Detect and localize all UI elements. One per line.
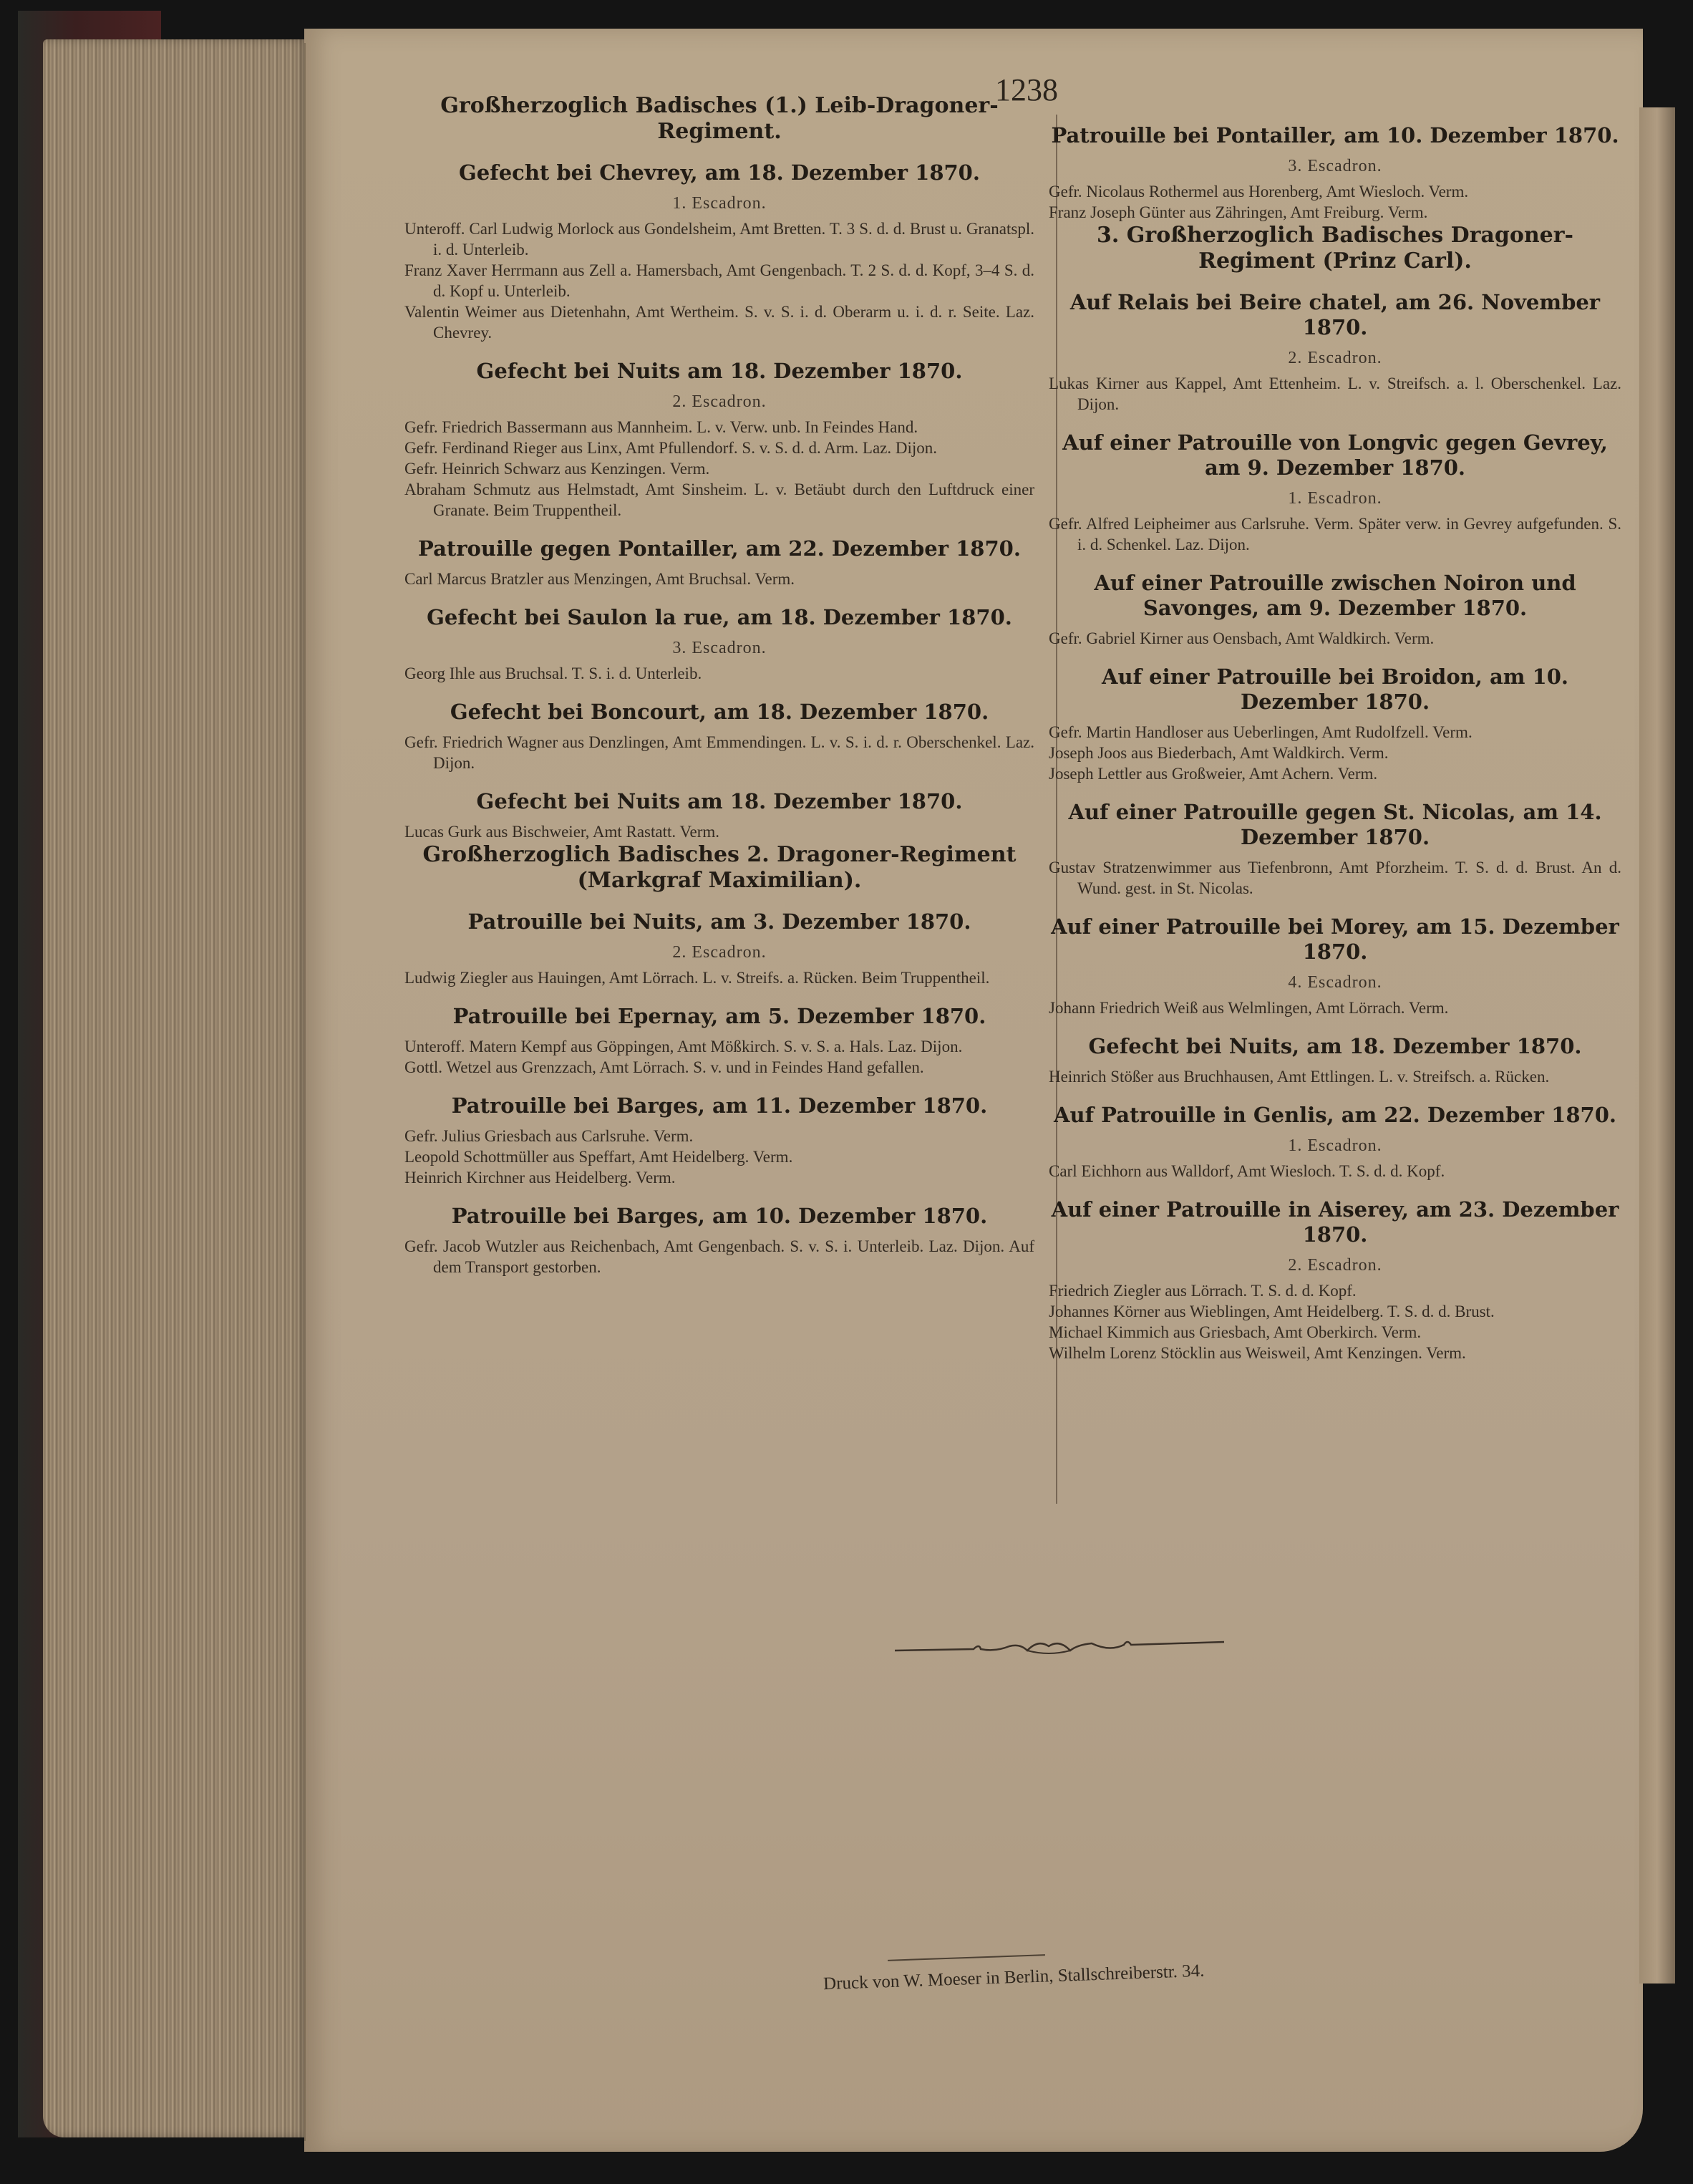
casualty-entry: Gefr. Gabriel Kirner aus Oensbach, Amt W… [1049,628,1621,649]
casualty-entry: Abraham Schmutz aus Helmstadt, Amt Sinsh… [404,479,1034,521]
escadron-label: 1. Escadron. [404,193,1034,214]
event-heading: Patrouille bei Nuits, am 3. Dezember 187… [404,909,1034,934]
event-heading: Patrouille bei Barges, am 11. Dezember 1… [404,1093,1034,1118]
event-heading: Gefecht bei Boncourt, am 18. Dezember 18… [404,700,1034,725]
casualty-entry: Gustav Stratzenwimmer aus Tiefenbronn, A… [1049,857,1621,899]
casualty-entry: Joseph Joos aus Biederbach, Amt Waldkirc… [1049,743,1621,763]
casualty-entry: Johann Friedrich Weiß aus Welmlingen, Am… [1049,997,1621,1018]
event-heading: Auf einer Patrouille bei Broidon, am 10.… [1049,665,1621,715]
casualty-entry: Joseph Lettler aus Großweier, Amt Achern… [1049,763,1621,784]
casualty-entry: Gefr. Jacob Wutzler aus Reichenbach, Amt… [404,1236,1034,1277]
page-gutter [304,43,306,2141]
event-heading: Gefecht bei Nuits, am 18. Dezember 1870. [1049,1034,1621,1059]
scroll-divider-icon [895,1629,1224,1658]
escadron-label: 2. Escadron. [1049,1255,1621,1276]
casualty-entry: Gefr. Friedrich Bassermann aus Mannheim.… [404,417,1034,438]
event-heading: Auf einer Patrouille von Longvic gegen G… [1049,430,1621,480]
casualty-entry: Unteroff. Carl Ludwig Morlock aus Gondel… [404,218,1034,260]
event-heading: Gefecht bei Saulon la rue, am 18. Dezemb… [404,605,1034,630]
casualty-entry: Leopold Schottmüller aus Speffart, Amt H… [404,1146,1034,1167]
event-heading: Gefecht bei Nuits am 18. Dezember 1870. [404,359,1034,384]
casualty-entry: Michael Kimmich aus Griesbach, Amt Oberk… [1049,1322,1621,1343]
casualty-entry: Ludwig Ziegler aus Hauingen, Amt Lörrach… [404,967,1034,988]
page-edges [43,39,308,2137]
escadron-label: 3. Escadron. [1049,155,1621,177]
casualty-entry: Heinrich Kirchner aus Heidelberg. Verm. [404,1167,1034,1188]
regiment-heading: Großherzoglich Badisches (1.) Leib-Drago… [404,93,1034,145]
escadron-label: 3. Escadron. [404,637,1034,659]
event-heading: Auf einer Patrouille gegen St. Nicolas, … [1049,800,1621,850]
casualty-entry: Friedrich Ziegler aus Lörrach. T. S. d. … [1049,1280,1621,1301]
casualty-entry: Johannes Körner aus Wieblingen, Amt Heid… [1049,1301,1621,1322]
event-heading: Patrouille bei Epernay, am 5. Dezember 1… [404,1004,1034,1029]
event-heading: Auf einer Patrouille bei Morey, am 15. D… [1049,914,1621,965]
casualty-entry: Wilhelm Lorenz Stöcklin aus Weisweil, Am… [1049,1343,1621,1363]
casualty-entry: Gefr. Ferdinand Rieger aus Linx, Amt Pfu… [404,438,1034,458]
escadron-label: 1. Escadron. [1049,488,1621,509]
escadron-label: 2. Escadron. [1049,347,1621,369]
casualty-entry: Heinrich Stößer aus Bruchhausen, Amt Ett… [1049,1066,1621,1087]
escadron-label: 2. Escadron. [404,391,1034,412]
escadron-label: 1. Escadron. [1049,1135,1621,1156]
event-heading: Auf Relais bei Beire chatel, am 26. Nove… [1049,290,1621,340]
facing-page-edge [1639,107,1675,1984]
casualty-entry: Valentin Weimer aus Dietenhahn, Amt Wert… [404,301,1034,343]
event-heading: Patrouille bei Pontailler, am 10. Dezemb… [1049,123,1621,148]
escadron-label: 4. Escadron. [1049,972,1621,993]
left-column: Großherzoglich Badisches (1.) Leib-Drago… [404,93,1034,1277]
casualty-entry: Unteroff. Matern Kempf aus Göppingen, Am… [404,1036,1034,1057]
casualty-entry: Franz Joseph Günter aus Zähringen, Amt F… [1049,202,1621,223]
regiment-heading: Großherzoglich Badisches 2. Dragoner-Reg… [404,842,1034,894]
event-heading: Gefecht bei Nuits am 18. Dezember 1870. [404,789,1034,814]
casualty-entry: Lukas Kirner aus Kappel, Amt Ettenheim. … [1049,373,1621,415]
casualty-entry: Gefr. Heinrich Schwarz aus Kenzingen. Ve… [404,458,1034,479]
right-column: Patrouille bei Pontailler, am 10. Dezemb… [1049,107,1621,1363]
casualty-entry: Carl Marcus Bratzler aus Menzingen, Amt … [404,569,1034,589]
casualty-entry: Gefr. Martin Handloser aus Ueberlingen, … [1049,722,1621,743]
regiment-heading: 3. Großherzoglich Badisches Dragoner-Reg… [1049,223,1621,274]
casualty-entry: Gottl. Wetzel aus Grenzzach, Amt Lörrach… [404,1057,1034,1078]
event-heading: Gefecht bei Chevrey, am 18. Dezember 187… [404,160,1034,185]
casualty-entry: Gefr. Nicolaus Rothermel aus Horenberg, … [1049,181,1621,202]
casualty-entry: Carl Eichhorn aus Walldorf, Amt Wiesloch… [1049,1161,1621,1182]
escadron-label: 2. Escadron. [404,942,1034,963]
casualty-entry: Gefr. Alfred Leipheimer aus Carlsruhe. V… [1049,513,1621,555]
casualty-entry: Gefr. Julius Griesbach aus Carlsruhe. Ve… [404,1126,1034,1146]
event-heading: Auf einer Patrouille in Aiserey, am 23. … [1049,1197,1621,1247]
casualty-entry: Gefr. Friedrich Wagner aus Denzlingen, A… [404,732,1034,773]
event-heading: Auf einer Patrouille zwischen Noiron und… [1049,571,1621,621]
casualty-entry: Franz Xaver Herrmann aus Zell a. Hamersb… [404,260,1034,301]
casualty-entry: Lucas Gurk aus Bischweier, Amt Rastatt. … [404,821,1034,842]
event-heading: Patrouille bei Barges, am 10. Dezember 1… [404,1204,1034,1229]
casualty-entry: Georg Ihle aus Bruchsal. T. S. i. d. Unt… [404,663,1034,684]
event-heading: Patrouille gegen Pontailler, am 22. Deze… [404,536,1034,561]
event-heading: Auf Patrouille in Genlis, am 22. Dezembe… [1049,1103,1621,1128]
